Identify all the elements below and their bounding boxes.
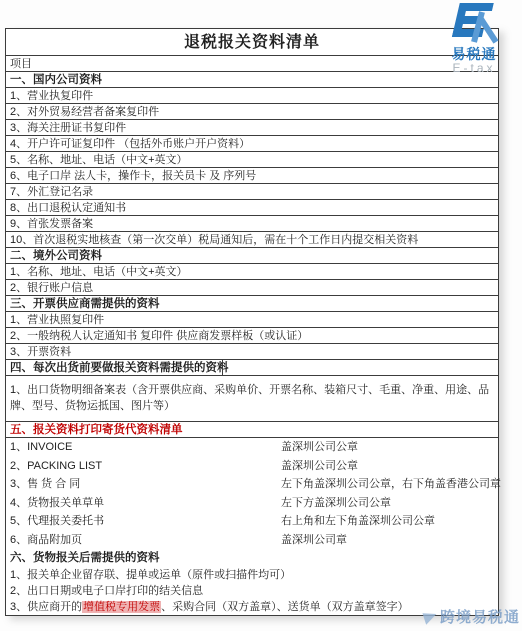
stamp-instruction: 盖深圳公司章 [281, 532, 347, 549]
document-name: 6、商品附加页 [10, 534, 82, 546]
section-6-item: 1、报关单企业留存联、提单或运单（原件或扫描件均可） [6, 567, 498, 583]
document-page: 易税通 E-tax 退税报关资料清单 项目 一、国内公司资料 1、营业执复印件 … [0, 0, 522, 631]
section-5-row: 6、商品附加页 盖深圳公司章 [6, 531, 498, 550]
section-5-row: 4、货物报关单草单 左下方盖深圳公司公章 [6, 494, 498, 513]
section-6-header: 六、货物报关后需提供的资料 [6, 550, 498, 567]
section-1-item: 9、首张发票备案 [6, 216, 498, 232]
vat-invoice-highlight: 增值税专用发票 [82, 601, 161, 613]
stamp-instruction: 左下方盖深圳公司公章 [281, 495, 391, 512]
section-3-item: 2、一般纳税人认定通知书 复印件 供应商发票样板（或认证） [6, 328, 498, 344]
section-5-row: 3、售 货 合 同 左下角盖深圳公司公章，右下角盖香港公司章 [6, 475, 498, 494]
document-name: 1、INVOICE [10, 441, 72, 453]
document-name: 5、代理报关委托书 [10, 515, 104, 527]
section-2-item: 1、名称、地址、电话（中文+英文） [6, 264, 498, 280]
logo-english-name: E-tax [438, 62, 510, 75]
section-2-header: 二、境外公司资料 [6, 248, 498, 264]
section-3-header: 三、开票供应商需提供的资料 [6, 296, 498, 312]
stamp-instruction: 盖深圳公司公章 [281, 439, 358, 456]
section-6-item: 2、出口日期或电子口岸打印的结关信息 [6, 583, 498, 599]
section-4-header-label: 四、每次出货前要做报关资料需提供的资料 [10, 362, 229, 374]
document-table: 退税报关资料清单 项目 一、国内公司资料 1、营业执复印件 2、对外贸易经营者备… [5, 28, 499, 616]
section-1-item: 8、出口退税认定通知书 [6, 200, 498, 216]
page-title: 退税报关资料清单 [6, 29, 498, 56]
paper-plane-icon [422, 609, 438, 624]
column-header: 项目 [6, 56, 498, 72]
section-1-item: 5、名称、地址、电话（中文+英文） [6, 152, 498, 168]
cross-border-etax-watermark: 跨境易税通 [424, 606, 520, 627]
section-2-item: 2、银行账户信息 [6, 280, 498, 296]
stamp-instruction: 左下角盖深圳公司公章，右下角盖香港公司章 [281, 476, 501, 493]
section-5-row: 2、PACKING LIST 盖深圳公司公章 [6, 457, 498, 476]
section-1-header: 一、国内公司资料 [6, 72, 498, 88]
section-5-row: 5、代理报关委托书 右上角和左下角盖深圳公司公章 [6, 512, 498, 531]
section-1-item: 7、外汇登记名录 [6, 184, 498, 200]
etax-logo: 易税通 E-tax [438, 2, 510, 75]
section-4-item: 1、出口货物明细备案表（含开票供应商、采购单价、开票名称、装箱尺寸、毛重、净重、… [6, 376, 498, 422]
section-4-header: 四、每次出货前要做报关资料需提供的资料 [6, 360, 498, 376]
section-5-header: 五、报关资料打印寄货代资料清单 [6, 422, 498, 438]
cell-divider [222, 359, 223, 376]
watermark-text: 跨境易税通 [440, 606, 520, 627]
section-5-row: 1、INVOICE 盖深圳公司公章 [6, 438, 498, 457]
logo-chinese-name: 易税通 [438, 47, 510, 62]
stamp-instruction: 右上角和左下角盖深圳公司公章 [281, 513, 435, 530]
section-1-item: 6、电子口岸 法人卡，操作卡，报关员卡 及 序列号 [6, 168, 498, 184]
section-1-item: 1、营业执复印件 [6, 88, 498, 104]
item-text-prefix: 3、供应商开的 [10, 601, 82, 613]
etax-logo-mark [446, 2, 502, 44]
section-1-item: 2、对外贸易经营者备案复印件 [6, 104, 498, 120]
section-3-item: 3、开票资料 [6, 344, 498, 360]
section-1-item: 3、海关注册证书复印件 [6, 120, 498, 136]
document-name: 3、售 货 合 同 [10, 478, 80, 490]
item-text-suffix: 、采购合同（双方盖章）、送货单（双方盖章签字） [161, 601, 409, 613]
stamp-instruction: 盖深圳公司公章 [281, 458, 358, 475]
document-name: 4、货物报关单草单 [10, 497, 104, 509]
document-name: 2、PACKING LIST [10, 460, 102, 472]
section-1-item: 4、开户许可证复印件 （包括外币账户开户资料） [6, 136, 498, 152]
section-3-item: 1、营业执照复印件 [6, 312, 498, 328]
section-1-item: 10、首次退税实地核查（第一次交单）税局通知后，需在十个工作日内提交相关资料 [6, 232, 498, 248]
